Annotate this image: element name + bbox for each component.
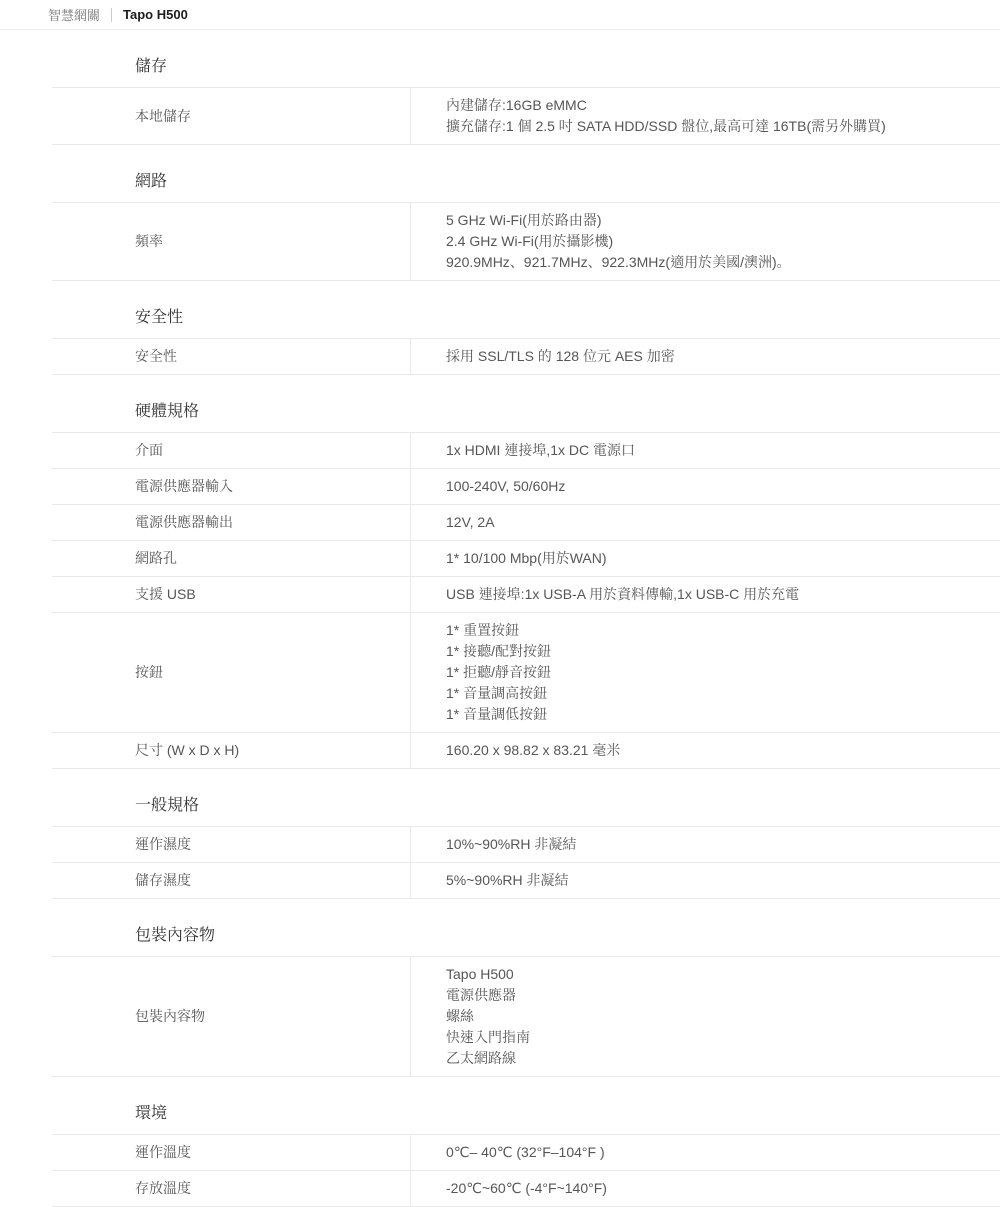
spec-value-line: 160.20 x 98.82 x 83.21 毫米	[446, 740, 990, 761]
spec-value-line: 5 GHz Wi-Fi(用於路由器)	[446, 210, 990, 231]
spec-row-label: 按鈕	[52, 613, 410, 732]
spec-row-label: 電源供應器輸出	[52, 505, 410, 540]
spec-value-line: -20℃~60℃ (-4°F~140°F)	[446, 1178, 990, 1199]
spec-row-value: 10%~90%RH 非凝結	[410, 827, 1000, 862]
spec-row: 按鈕 1* 重置按鈕 1* 接聽/配對按鈕 1* 拒聽/靜音按鈕 1* 音量調高…	[52, 612, 1000, 732]
spec-value-line: 採用 SSL/TLS 的 128 位元 AES 加密	[446, 346, 990, 367]
spec-row-value: 內建儲存:16GB eMMC 擴充儲存:1 個 2.5 吋 SATA HDD/S…	[410, 88, 1000, 144]
spec-value-line: 擴充儲存:1 個 2.5 吋 SATA HDD/SSD 盤位,最高可達 16TB…	[446, 116, 990, 137]
spec-row-value: Tapo H500 電源供應器 螺絲 快速入門指南 乙太網路線	[410, 957, 1000, 1076]
spec-value-line: 乙太網路線	[446, 1048, 990, 1069]
spec-value-line: 5%~90%RH 非凝結	[446, 870, 990, 891]
spec-row: 尺寸 (W x D x H) 160.20 x 98.82 x 83.21 毫米	[52, 732, 1000, 768]
spec-value-line: 1* 音量調低按鈕	[446, 704, 990, 725]
spec-row: 包裝內容物 Tapo H500 電源供應器 螺絲 快速入門指南 乙太網路線	[52, 956, 1000, 1076]
spec-value-line: 1* 重置按鈕	[446, 620, 990, 641]
spec-table: 包裝內容物 Tapo H500 電源供應器 螺絲 快速入門指南 乙太網路線	[52, 956, 1000, 1077]
section-title: 硬體規格	[52, 375, 1000, 432]
spec-value-line: USB 連接埠:1x USB-A 用於資料傳輸,1x USB-C 用於充電	[446, 584, 990, 605]
spec-section: 包裝內容物 包裝內容物 Tapo H500 電源供應器 螺絲 快速入門指南 乙太…	[52, 899, 1000, 1077]
spec-section: 網路 頻率 5 GHz Wi-Fi(用於路由器) 2.4 GHz Wi-Fi(用…	[52, 145, 1000, 281]
spec-row-label: 儲存濕度	[52, 863, 410, 898]
spec-value-line: 1* 接聽/配對按鈕	[446, 641, 990, 662]
spec-value-line: 920.9MHz、921.7MHz、922.3MHz(適用於美國/澳洲)。	[446, 252, 990, 273]
spec-row-label: 介面	[52, 433, 410, 468]
spec-row-label: 包裝內容物	[52, 957, 410, 1076]
spec-value-line: 2.4 GHz Wi-Fi(用於攝影機)	[446, 231, 990, 252]
spec-sections-container: 儲存 本地儲存 內建儲存:16GB eMMC 擴充儲存:1 個 2.5 吋 SA…	[52, 30, 1000, 1207]
section-title: 網路	[52, 145, 1000, 202]
breadcrumb-product-name: Tapo H500	[123, 7, 188, 22]
spec-row-value: 5 GHz Wi-Fi(用於路由器) 2.4 GHz Wi-Fi(用於攝影機) …	[410, 203, 1000, 280]
spec-table: 安全性 採用 SSL/TLS 的 128 位元 AES 加密	[52, 338, 1000, 375]
spec-row-value: 160.20 x 98.82 x 83.21 毫米	[410, 733, 1000, 768]
spec-table: 運作溫度 0℃– 40℃ (32°F–104°F ) 存放溫度 -20℃~60℃…	[52, 1134, 1000, 1207]
spec-row-value: 1* 重置按鈕 1* 接聽/配對按鈕 1* 拒聽/靜音按鈕 1* 音量調高按鈕 …	[410, 613, 1000, 732]
section-title: 一般規格	[52, 769, 1000, 826]
spec-row: 頻率 5 GHz Wi-Fi(用於路由器) 2.4 GHz Wi-Fi(用於攝影…	[52, 202, 1000, 280]
spec-row-label: 支援 USB	[52, 577, 410, 612]
spec-row-value: 採用 SSL/TLS 的 128 位元 AES 加密	[410, 339, 1000, 374]
spec-row: 網路孔 1* 10/100 Mbp(用於WAN)	[52, 540, 1000, 576]
section-title: 儲存	[52, 30, 1000, 87]
spec-section: 環境 運作溫度 0℃– 40℃ (32°F–104°F ) 存放溫度 -20℃~…	[52, 1077, 1000, 1207]
spec-row-label: 運作溫度	[52, 1135, 410, 1170]
spec-row: 電源供應器輸出 12V, 2A	[52, 504, 1000, 540]
spec-section: 一般規格 運作濕度 10%~90%RH 非凝結 儲存濕度 5%~90%RH 非凝…	[52, 769, 1000, 899]
spec-row: 介面 1x HDMI 連接埠,1x DC 電源口	[52, 432, 1000, 468]
product-nav-bar: 智慧網關 Tapo H500	[0, 0, 1000, 30]
spec-row: 安全性 採用 SSL/TLS 的 128 位元 AES 加密	[52, 338, 1000, 374]
spec-value-line: 1* 音量調高按鈕	[446, 683, 990, 704]
spec-section: 儲存 本地儲存 內建儲存:16GB eMMC 擴充儲存:1 個 2.5 吋 SA…	[52, 30, 1000, 145]
spec-value-line: 100-240V, 50/60Hz	[446, 476, 990, 497]
spec-value-line: Tapo H500	[446, 964, 990, 985]
breadcrumb-separator	[111, 8, 112, 22]
spec-value-line: 12V, 2A	[446, 512, 990, 533]
spec-section: 硬體規格 介面 1x HDMI 連接埠,1x DC 電源口 電源供應器輸入 10…	[52, 375, 1000, 769]
spec-row-value: 12V, 2A	[410, 505, 1000, 540]
spec-value-line: 快速入門指南	[446, 1027, 990, 1048]
spec-row: 儲存濕度 5%~90%RH 非凝結	[52, 862, 1000, 898]
section-title: 安全性	[52, 281, 1000, 338]
spec-table: 本地儲存 內建儲存:16GB eMMC 擴充儲存:1 個 2.5 吋 SATA …	[52, 87, 1000, 145]
spec-row-label: 安全性	[52, 339, 410, 374]
spec-row-value: -20℃~60℃ (-4°F~140°F)	[410, 1171, 1000, 1206]
breadcrumb-category-link[interactable]: 智慧網關	[48, 5, 100, 24]
section-title: 環境	[52, 1077, 1000, 1134]
spec-value-line: 0℃– 40℃ (32°F–104°F )	[446, 1142, 990, 1163]
spec-row-value: USB 連接埠:1x USB-A 用於資料傳輸,1x USB-C 用於充電	[410, 577, 1000, 612]
spec-value-line: 10%~90%RH 非凝結	[446, 834, 990, 855]
spec-table: 頻率 5 GHz Wi-Fi(用於路由器) 2.4 GHz Wi-Fi(用於攝影…	[52, 202, 1000, 281]
spec-row-label: 本地儲存	[52, 88, 410, 144]
spec-table: 介面 1x HDMI 連接埠,1x DC 電源口 電源供應器輸入 100-240…	[52, 432, 1000, 769]
spec-section: 安全性 安全性 採用 SSL/TLS 的 128 位元 AES 加密	[52, 281, 1000, 375]
spec-table: 運作濕度 10%~90%RH 非凝結 儲存濕度 5%~90%RH 非凝結	[52, 826, 1000, 899]
spec-row: 支援 USB USB 連接埠:1x USB-A 用於資料傳輸,1x USB-C …	[52, 576, 1000, 612]
spec-row-label: 存放溫度	[52, 1171, 410, 1206]
spec-row: 存放溫度 -20℃~60℃ (-4°F~140°F)	[52, 1170, 1000, 1206]
spec-value-line: 螺絲	[446, 1006, 990, 1027]
spec-row-label: 網路孔	[52, 541, 410, 576]
spec-value-line: 1* 拒聽/靜音按鈕	[446, 662, 990, 683]
spec-row: 電源供應器輸入 100-240V, 50/60Hz	[52, 468, 1000, 504]
spec-row-value: 0℃– 40℃ (32°F–104°F )	[410, 1135, 1000, 1170]
spec-row-value: 5%~90%RH 非凝結	[410, 863, 1000, 898]
spec-row-value: 1* 10/100 Mbp(用於WAN)	[410, 541, 1000, 576]
spec-row-value: 1x HDMI 連接埠,1x DC 電源口	[410, 433, 1000, 468]
spec-row: 運作濕度 10%~90%RH 非凝結	[52, 826, 1000, 862]
spec-row-label: 尺寸 (W x D x H)	[52, 733, 410, 768]
spec-value-line: 1* 10/100 Mbp(用於WAN)	[446, 548, 990, 569]
spec-row: 本地儲存 內建儲存:16GB eMMC 擴充儲存:1 個 2.5 吋 SATA …	[52, 87, 1000, 144]
spec-row: 運作溫度 0℃– 40℃ (32°F–104°F )	[52, 1134, 1000, 1170]
spec-row-label: 頻率	[52, 203, 410, 280]
spec-row-label: 電源供應器輸入	[52, 469, 410, 504]
spec-value-line: 內建儲存:16GB eMMC	[446, 95, 990, 116]
spec-row-value: 100-240V, 50/60Hz	[410, 469, 1000, 504]
spec-row-label: 運作濕度	[52, 827, 410, 862]
spec-value-line: 電源供應器	[446, 985, 990, 1006]
section-title: 包裝內容物	[52, 899, 1000, 956]
spec-value-line: 1x HDMI 連接埠,1x DC 電源口	[446, 440, 990, 461]
